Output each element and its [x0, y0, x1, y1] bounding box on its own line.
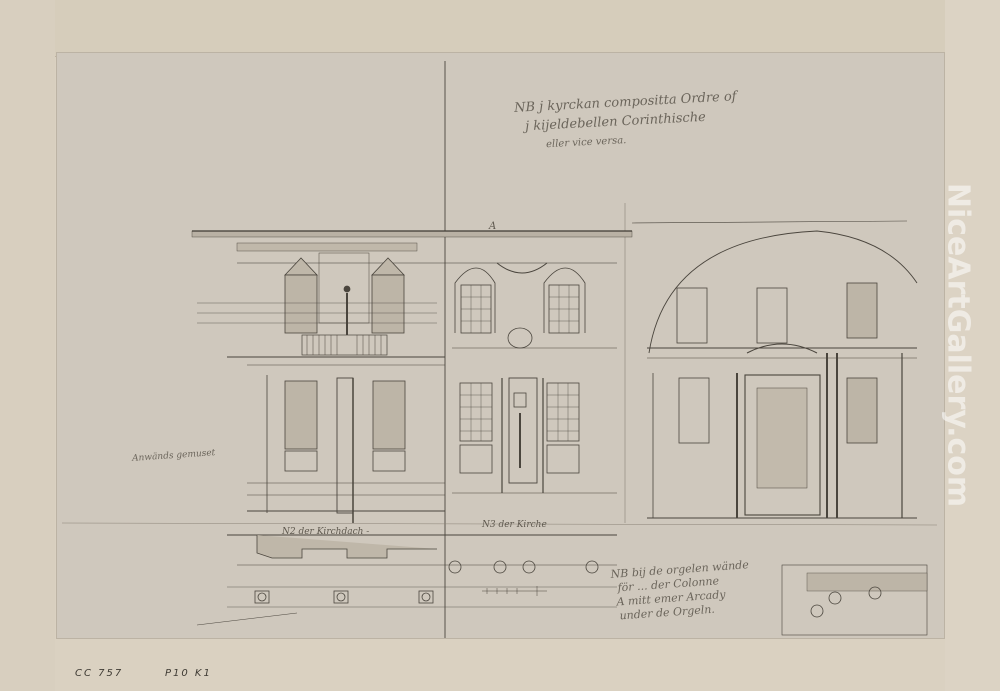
mount-left-edge — [0, 0, 55, 691]
catalog-number-right: P10 K1 — [165, 668, 212, 679]
plan-label-right: N3 der Kirche — [482, 520, 547, 530]
marker-a: A — [489, 221, 496, 232]
watermark-text: NiceArtGallery.com — [941, 183, 976, 507]
plan-label-left: N2 der Kirchdach - — [282, 527, 369, 537]
watermark: NiceArtGallery.com — [928, 185, 988, 505]
catalog-number-left: CC 757 — [75, 668, 123, 679]
inscription-top-right: NB j kyrckan compositta Ordre of j kijel… — [514, 87, 739, 156]
architectural-drawing — [57, 53, 944, 638]
mount-top-band — [55, 0, 945, 57]
inscription-lower-note: NB bij de orgelen wände för ... der Colo… — [610, 558, 752, 624]
drawing-sheet: NB j kyrckan compositta Ordre of j kijel… — [57, 53, 944, 638]
